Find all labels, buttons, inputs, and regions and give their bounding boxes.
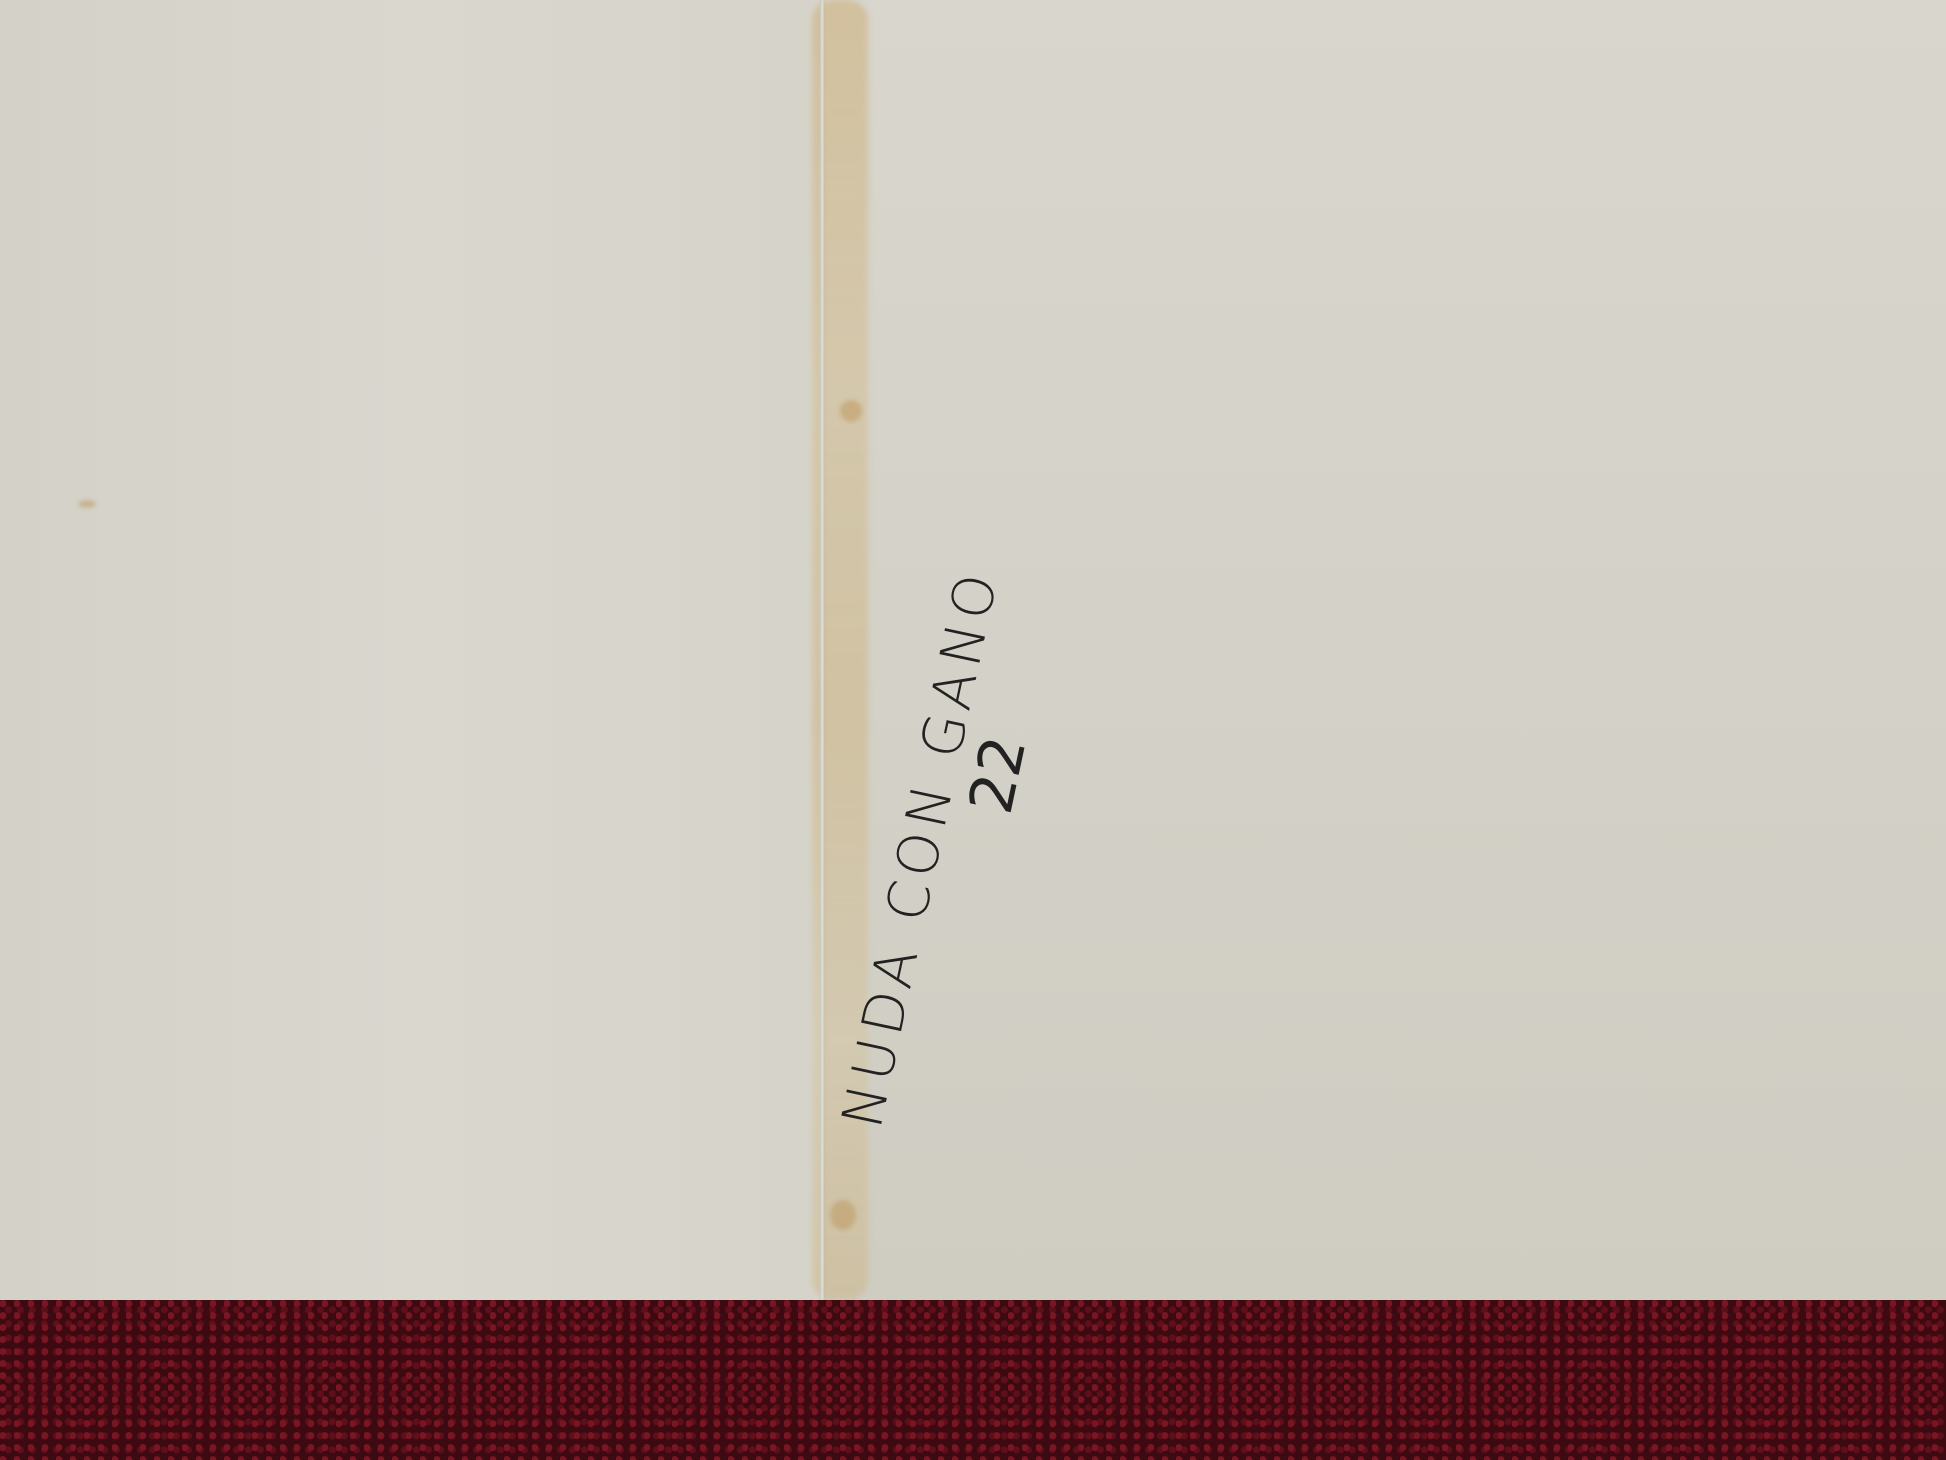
stain-spot — [840, 400, 862, 422]
stain-spot — [78, 500, 96, 508]
red-carpet — [0, 1300, 1946, 1460]
poster-back-left-panel — [0, 0, 822, 1318]
fold-line — [820, 0, 824, 1318]
stain-spot — [830, 1200, 856, 1230]
